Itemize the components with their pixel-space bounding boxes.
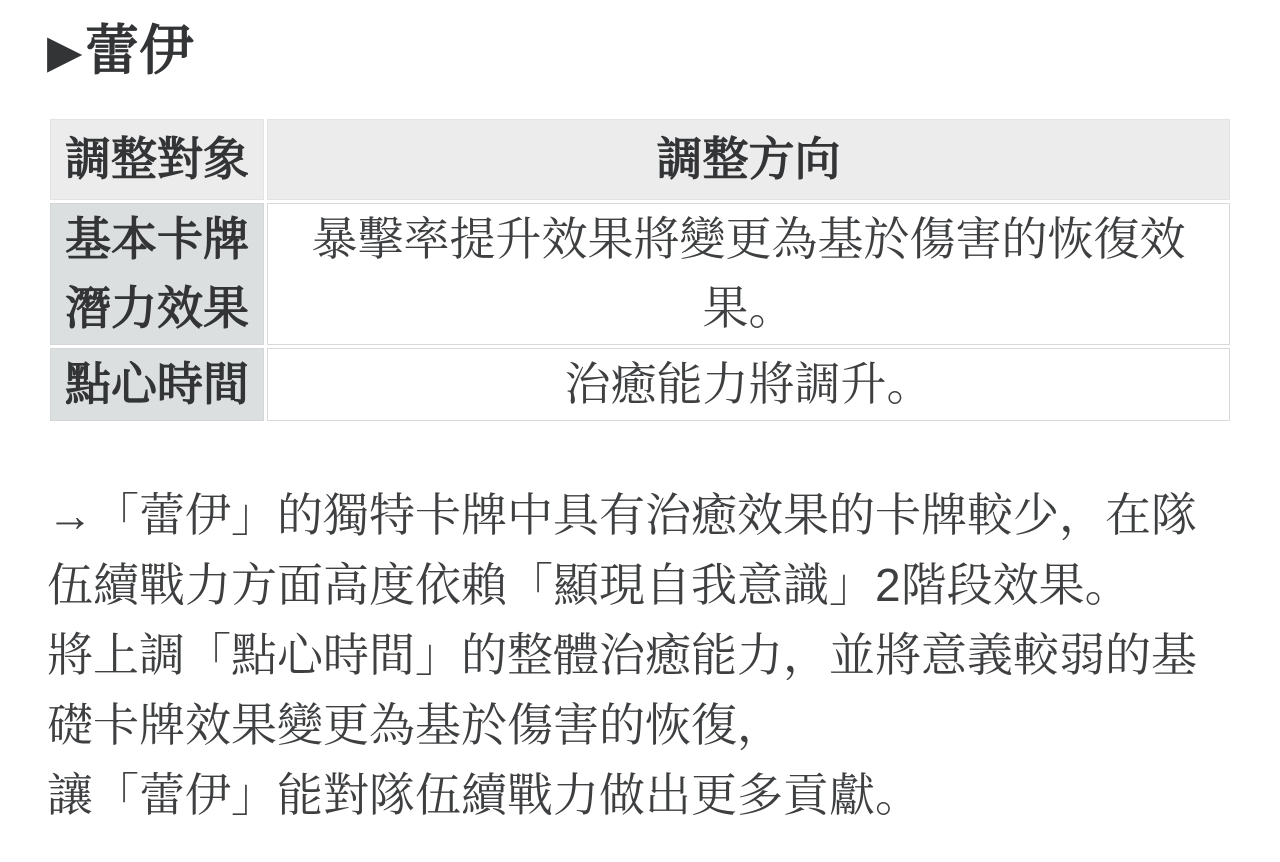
table-row: 點心時間 治癒能力將調升。 <box>50 348 1230 421</box>
adjustment-table: 調整對象 調整方向 基本卡牌潛力效果 暴擊率提升效果將變更為基於傷害的恢復效果。… <box>47 116 1233 424</box>
column-header-direction: 調整方向 <box>267 119 1230 200</box>
arrow-marker-icon: ▶ <box>47 25 83 77</box>
table-row: 基本卡牌潛力效果 暴擊率提升效果將變更為基於傷害的恢復效果。 <box>50 203 1230 345</box>
row-direction-basic-card-potential: 暴擊率提升效果將變更為基於傷害的恢復效果。 <box>267 203 1230 345</box>
note-line: 讓「蕾伊」能對隊伍續戰力做出更多貢獻。 <box>47 760 1233 830</box>
row-target-snack-time: 點心時間 <box>50 348 264 421</box>
table-header: 調整對象 調整方向 <box>50 119 1230 200</box>
section-heading: ▶蕾伊 <box>47 22 1233 80</box>
note-line: →「蕾伊」的獨特卡牌中具有治癒效果的卡牌較少，在隊伍續戰力方面高度依賴「顯現自我… <box>47 480 1233 620</box>
row-target-basic-card-potential: 基本卡牌潛力效果 <box>50 203 264 345</box>
notes-section: →「蕾伊」的獨特卡牌中具有治癒效果的卡牌較少，在隊伍續戰力方面高度依賴「顯現自我… <box>47 480 1233 830</box>
note-line: 將上調「點心時間」的整體治癒能力，並將意義較弱的基礎卡牌效果變更為基於傷害的恢復… <box>47 620 1233 760</box>
page: ▶蕾伊 調整對象 調整方向 基本卡牌潛力效果 暴擊率提升效果將變更為基於傷害的恢… <box>0 0 1280 830</box>
section-title: 蕾伊 <box>85 21 194 81</box>
table-header-row: 調整對象 調整方向 <box>50 119 1230 200</box>
column-header-target: 調整對象 <box>50 119 264 200</box>
table-body: 基本卡牌潛力效果 暴擊率提升效果將變更為基於傷害的恢復效果。 點心時間 治癒能力… <box>50 203 1230 421</box>
row-direction-snack-time: 治癒能力將調升。 <box>267 348 1230 421</box>
